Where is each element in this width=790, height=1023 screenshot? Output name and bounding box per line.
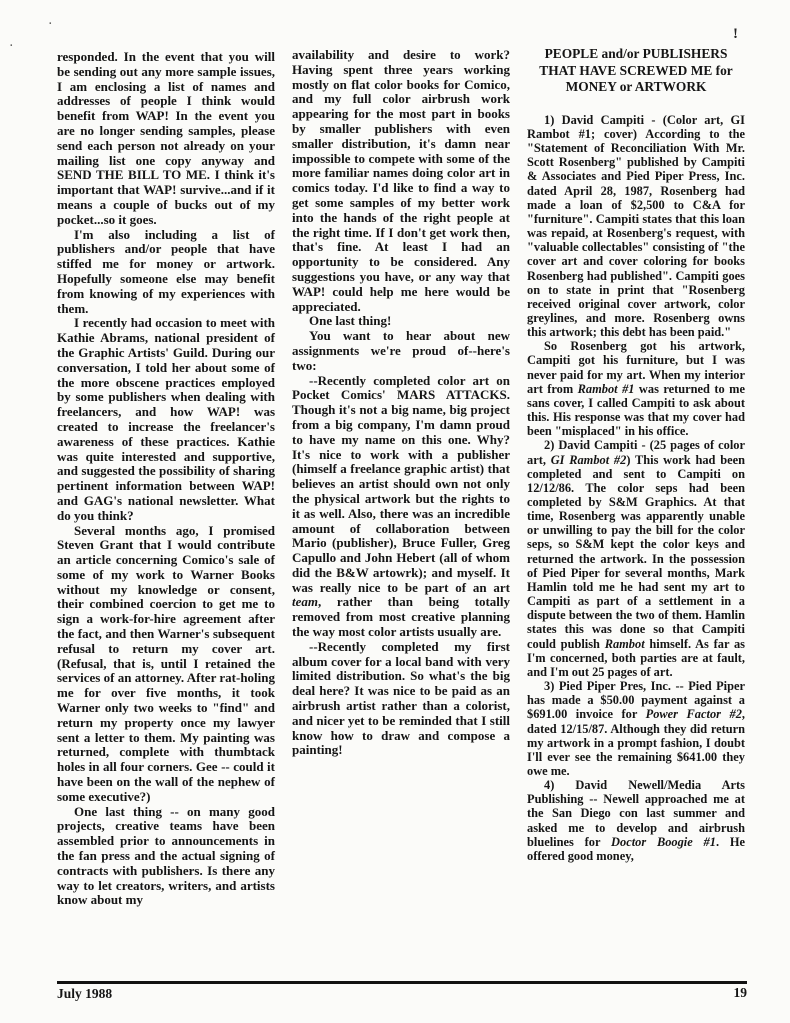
column-right: PEOPLE and/or PUBLISHERS THAT HAVE SCREW… <box>527 46 745 863</box>
paragraph: --Recently completed color art on Pocket… <box>292 374 510 640</box>
paragraph: --Recently completed my first album cove… <box>292 640 510 758</box>
scan-mark-exclamation-icon: ! <box>733 26 738 43</box>
scan-speck-icon: . <box>10 38 13 49</box>
paragraph: So Rosenberg got his artwork, Campiti go… <box>527 339 745 438</box>
paragraph: I'm also including a list of publishers … <box>57 228 275 317</box>
paragraph: You want to hear about new assignments w… <box>292 329 510 373</box>
footer-rule <box>57 981 747 984</box>
heading-line: MONEY or ARTWORK <box>527 79 745 96</box>
paragraph: I recently had occasion to meet with Kat… <box>57 316 275 523</box>
paragraph: One last thing -- on many good projects,… <box>57 805 275 909</box>
section-heading: PEOPLE and/or PUBLISHERS THAT HAVE SCREW… <box>527 46 745 96</box>
paragraph: availability and desire to work? Having … <box>292 48 510 314</box>
paragraph: 4) David Newell/Media Arts Publishing --… <box>527 778 745 863</box>
paragraph: One last thing! <box>292 314 510 329</box>
column-middle: availability and desire to work? Having … <box>292 48 510 758</box>
heading-line: THAT HAVE SCREWED ME for <box>527 63 745 80</box>
paragraph: responded. In the event that you will be… <box>57 50 275 228</box>
scan-speck-icon: . <box>49 16 52 27</box>
paragraph: 1) David Campiti - (Color art, GI Rambot… <box>527 113 745 340</box>
column-left: responded. In the event that you will be… <box>57 50 275 908</box>
paragraph: 2) David Campiti - (25 pages of color ar… <box>527 438 745 679</box>
column-right-body: 1) David Campiti - (Color art, GI Rambot… <box>527 113 745 863</box>
paragraph: Several months ago, I promised Steven Gr… <box>57 524 275 805</box>
paragraph: 3) Pied Piper Pres, Inc. -- Pied Piper h… <box>527 679 745 778</box>
newsletter-page: . . ! responded. In the event that you w… <box>0 0 790 1023</box>
heading-line: PEOPLE and/or PUBLISHERS <box>527 46 745 63</box>
page-number: 19 <box>57 985 747 1001</box>
